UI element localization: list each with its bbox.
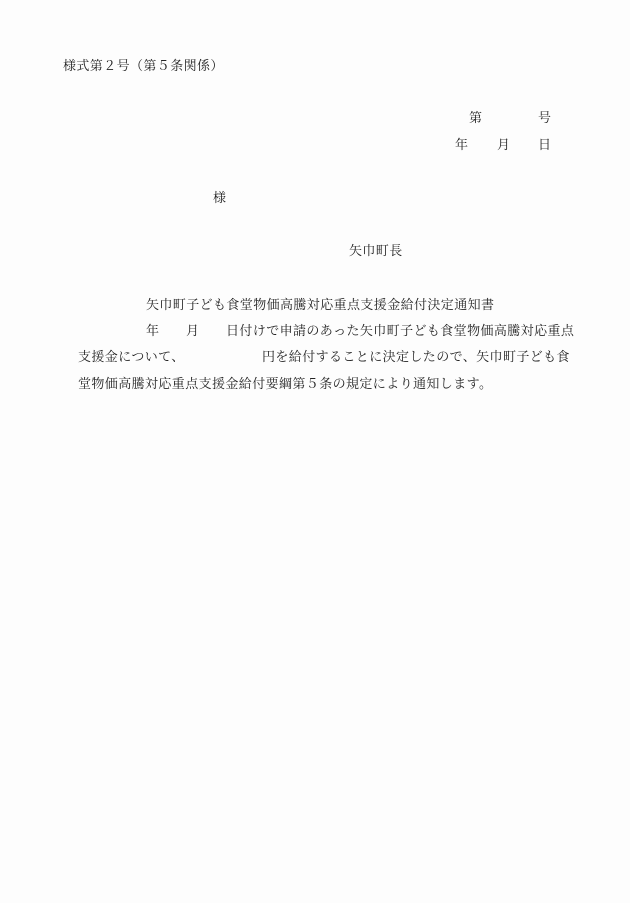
- body-line-3: 堂物価高騰対応重点支援金給付要綱第５条の規定により通知します。: [78, 378, 492, 391]
- body-line-2: 支援金について、: [78, 351, 185, 364]
- date-day-label: 日: [538, 139, 551, 152]
- issuer: 矢巾町長: [349, 245, 403, 258]
- body-line-1: 日付けで申請のあった矢巾町子ども食堂物価高騰対応重点: [226, 325, 574, 338]
- application-year-label: 年: [146, 325, 159, 338]
- number-suffix: 号: [538, 112, 551, 125]
- date-year-label: 年: [455, 139, 468, 152]
- form-label: 様式第２号（第５条関係）: [63, 60, 224, 73]
- recipient-honorific: 様: [213, 192, 226, 205]
- document-page: 様式第２号（第５条関係） 第 号 年 月 日 様 矢巾町長 矢巾町子ども食堂物価…: [0, 0, 630, 903]
- date-month-label: 月: [497, 139, 510, 152]
- body-line-2-rest: 円を給付することに決定したので、矢巾町子ども食: [262, 351, 570, 364]
- application-month-label: 月: [186, 325, 199, 338]
- number-prefix: 第: [469, 112, 482, 125]
- document-title: 矢巾町子ども食堂物価高騰対応重点支援金給付決定通知書: [146, 299, 494, 312]
